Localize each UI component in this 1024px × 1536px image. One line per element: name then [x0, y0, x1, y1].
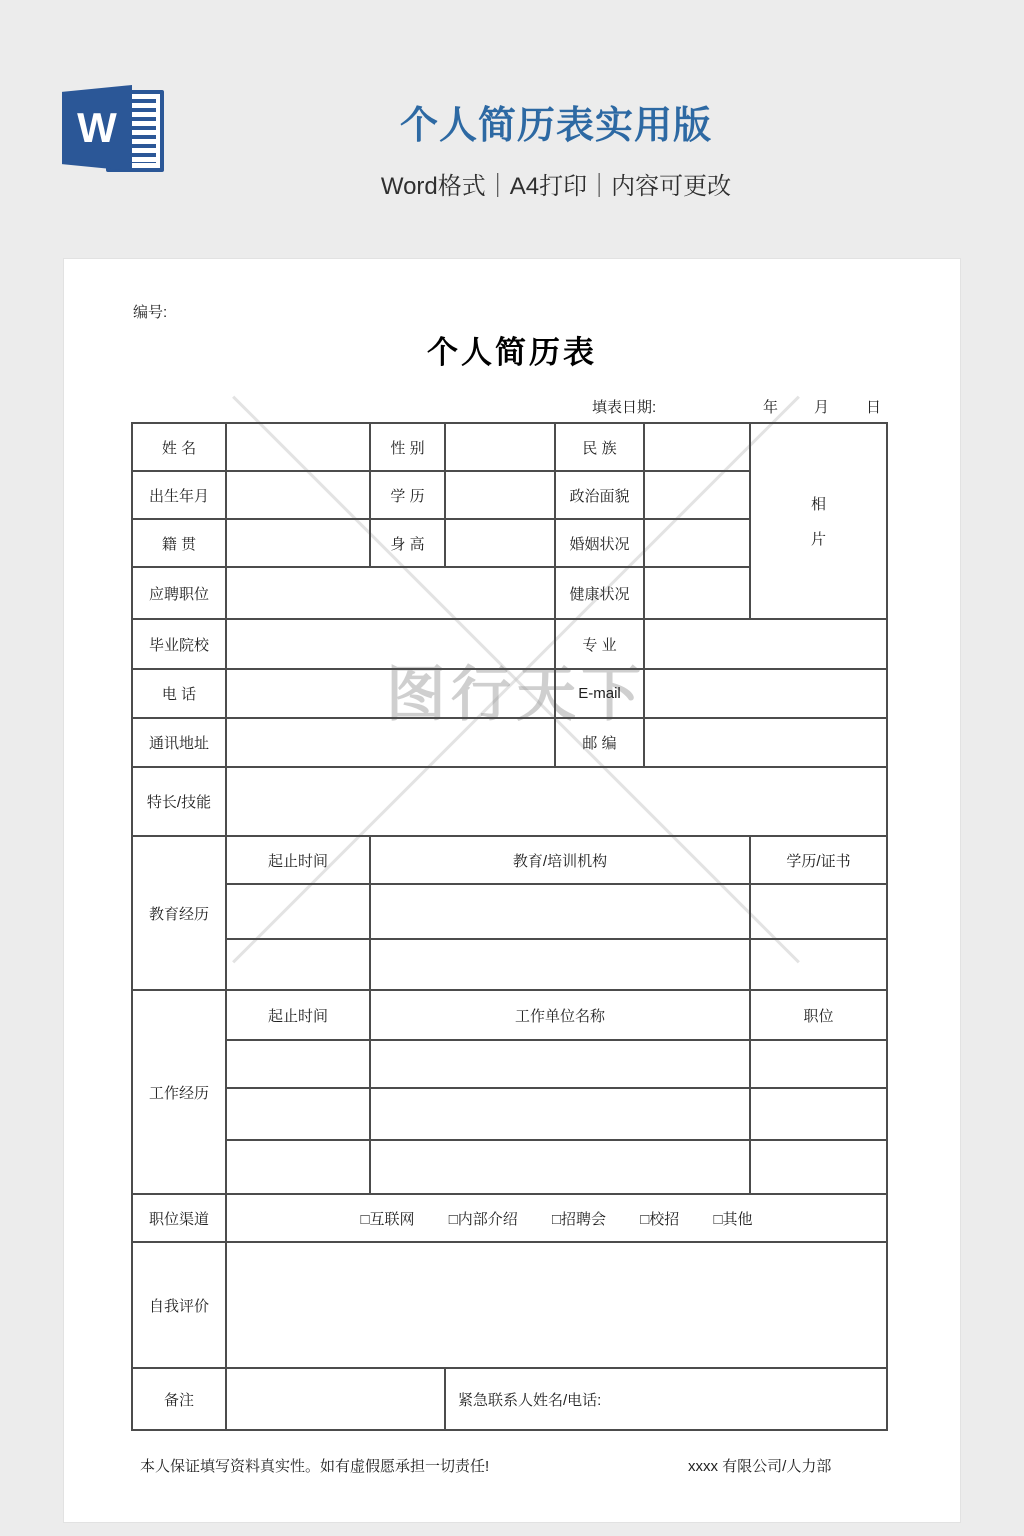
major-value-cell[interactable]	[644, 619, 887, 669]
banner-subtitle: Word格式｜A4打印｜内容可更改	[316, 166, 796, 201]
checkbox-internal-referral[interactable]: □内部介绍	[449, 1211, 518, 1228]
native-place-label: 籍 贯	[132, 519, 226, 567]
work-period-cell[interactable]	[226, 1140, 370, 1194]
health-label: 健康状况	[555, 567, 644, 619]
edu-period-header: 起止时间	[226, 836, 370, 884]
edu-period-cell[interactable]	[226, 884, 370, 939]
gender-label: 性 别	[370, 423, 445, 471]
major-label: 专 业	[555, 619, 644, 669]
apply-position-value-cell[interactable]	[226, 567, 555, 619]
ethnicity-value-cell[interactable]	[644, 423, 750, 471]
phone-label: 电 话	[132, 669, 226, 718]
document-page: 编号: 个人简历表 填表日期: 年 月 日 图行天下 姓 名 性 别 民 族 相…	[63, 258, 961, 1523]
form-number-label: 编号:	[133, 301, 167, 322]
degree-label: 学 历	[370, 471, 445, 519]
edu-org-cell[interactable]	[370, 939, 750, 990]
zip-label: 邮 编	[555, 718, 644, 767]
work-period-cell[interactable]	[226, 1088, 370, 1140]
word-icon: W	[62, 85, 164, 171]
work-title-cell[interactable]	[750, 1040, 887, 1088]
checkbox-other[interactable]: □其他	[713, 1211, 752, 1228]
edu-cert-cell[interactable]	[750, 884, 887, 939]
date-year-label: 年	[763, 396, 778, 417]
word-letter: W	[77, 107, 117, 149]
birth-value-cell[interactable]	[226, 471, 370, 519]
skills-value-cell[interactable]	[226, 767, 887, 836]
resume-title: 个人简历表	[64, 327, 960, 372]
skills-label: 特长/技能	[132, 767, 226, 836]
address-label: 通讯地址	[132, 718, 226, 767]
emergency-contact-cell[interactable]: 紧急联系人姓名/电话:	[445, 1368, 887, 1430]
political-label: 政治面貌	[555, 471, 644, 519]
fill-date-line: 填表日期: 年 月 日	[64, 396, 960, 416]
self-eval-value-cell[interactable]	[226, 1242, 887, 1368]
apply-position-label: 应聘职位	[132, 567, 226, 619]
school-label: 毕业院校	[132, 619, 226, 669]
height-value-cell[interactable]	[445, 519, 555, 567]
birth-label: 出生年月	[132, 471, 226, 519]
school-value-cell[interactable]	[226, 619, 555, 669]
banner-title: 个人简历表实用版	[316, 94, 796, 149]
education-section-label: 教育经历	[132, 836, 226, 990]
phone-value-cell[interactable]	[226, 669, 555, 718]
height-label: 身 高	[370, 519, 445, 567]
work-org-cell[interactable]	[370, 1140, 750, 1194]
edu-cert-cell[interactable]	[750, 939, 887, 990]
date-day-label: 日	[866, 396, 881, 417]
work-org-cell[interactable]	[370, 1040, 750, 1088]
remark-value-cell[interactable]	[226, 1368, 445, 1430]
banner: 个人简历表实用版 Word格式｜A4打印｜内容可更改	[316, 0, 796, 201]
work-period-cell[interactable]	[226, 1040, 370, 1088]
photo-label-top: 相	[751, 493, 886, 514]
remark-label: 备注	[132, 1368, 226, 1430]
edu-cert-header: 学历/证书	[750, 836, 887, 884]
email-value-cell[interactable]	[644, 669, 887, 718]
political-value-cell[interactable]	[644, 471, 750, 519]
self-eval-label: 自我评价	[132, 1242, 226, 1368]
resume-form-table: 姓 名 性 别 民 族 相 片 出生年月 学 历 政治面貌 籍 贯 身 高 婚姻	[131, 422, 888, 1431]
edu-period-cell[interactable]	[226, 939, 370, 990]
marital-label: 婚姻状况	[555, 519, 644, 567]
edu-org-header: 教育/培训机构	[370, 836, 750, 884]
zip-value-cell[interactable]	[644, 718, 887, 767]
checkbox-job-fair[interactable]: □招聘会	[552, 1211, 606, 1228]
name-label: 姓 名	[132, 423, 226, 471]
checkbox-campus[interactable]: □校招	[640, 1211, 679, 1228]
date-month-label: 月	[814, 396, 829, 417]
work-title-header: 职位	[750, 990, 887, 1040]
degree-value-cell[interactable]	[445, 471, 555, 519]
edu-org-cell[interactable]	[370, 884, 750, 939]
checkbox-internet[interactable]: □互联网	[361, 1211, 415, 1228]
name-value-cell[interactable]	[226, 423, 370, 471]
photo-label-bottom: 片	[751, 528, 886, 549]
work-section-label: 工作经历	[132, 990, 226, 1194]
work-org-cell[interactable]	[370, 1088, 750, 1140]
native-place-value-cell[interactable]	[226, 519, 370, 567]
footer-declaration: 本人保证填写资料真实性。如有虚假愿承担一切责任!	[140, 1455, 489, 1476]
fill-date-label: 填表日期:	[592, 396, 656, 417]
channel-options-cell: □互联网 □内部介绍 □招聘会 □校招 □其他	[226, 1194, 887, 1242]
email-label: E-mail	[555, 669, 644, 718]
health-value-cell[interactable]	[644, 567, 750, 619]
ethnicity-label: 民 族	[555, 423, 644, 471]
word-panel-icon: W	[62, 85, 132, 171]
work-org-header: 工作单位名称	[370, 990, 750, 1040]
address-value-cell[interactable]	[226, 718, 555, 767]
footer-company: xxxx 有限公司/人力部	[688, 1455, 831, 1476]
work-title-cell[interactable]	[750, 1088, 887, 1140]
marital-value-cell[interactable]	[644, 519, 750, 567]
photo-placeholder[interactable]: 相 片	[750, 423, 887, 619]
work-period-header: 起止时间	[226, 990, 370, 1040]
work-title-cell[interactable]	[750, 1140, 887, 1194]
gender-value-cell[interactable]	[445, 423, 555, 471]
channel-label: 职位渠道	[132, 1194, 226, 1242]
